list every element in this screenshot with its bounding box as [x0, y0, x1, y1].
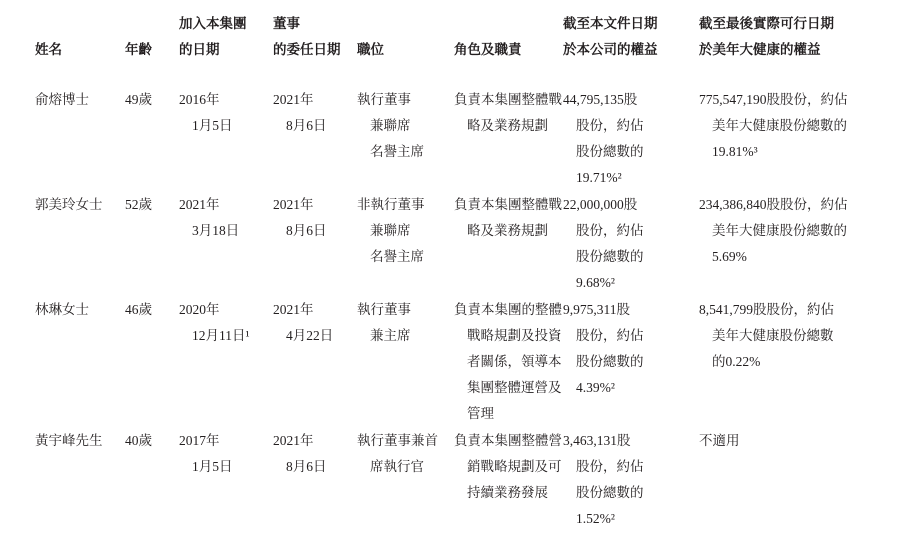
- document-page: 姓名年齡加入本集團的日期董事的委任日期職位角色及職責截至本文件日期於本公司的權益…: [0, 0, 900, 537]
- cell-line: 19.81%³: [699, 139, 880, 165]
- cell-interest_company: 22,000,000股股份，約佔股份總數的9.68%²: [563, 192, 699, 296]
- table-body: 俞熔博士49歲2016年1月5日2021年8月6日執行董事兼聯席名譽主席負責本集…: [35, 87, 900, 532]
- table-row: 郭美玲女士52歲2021年3月18日2021年8月6日非執行董事兼聯席名譽主席負…: [35, 192, 900, 296]
- cell-line: 負責本集團整體營: [454, 428, 563, 454]
- cell-line: 持續業務發展: [454, 480, 563, 506]
- cell-age: 52歲: [125, 192, 179, 218]
- cell-line: 8月6日: [273, 113, 357, 139]
- column-header-interest_company: 截至本文件日期於本公司的權益: [563, 11, 699, 63]
- cell-line: 9,975,311股: [563, 297, 699, 323]
- cell-line: 集團整體運營及: [454, 375, 563, 401]
- cell-appoint_date: 2021年8月6日: [273, 87, 357, 139]
- header-line: 年齡: [125, 37, 179, 63]
- cell-line: 49歲: [125, 87, 179, 113]
- cell-line: 股份，約佔: [563, 218, 699, 244]
- column-header-appoint_date: 董事的委任日期: [273, 11, 357, 63]
- cell-line: 12月11日¹: [179, 323, 273, 349]
- cell-line: 股份總數的: [563, 244, 699, 270]
- cell-interest_company: 44,795,135股股份，約佔股份總數的19.71%²: [563, 87, 699, 191]
- cell-line: 美年大健康股份總數的: [699, 218, 880, 244]
- cell-position: 非執行董事兼聯席名譽主席: [357, 192, 454, 270]
- cell-appoint_date: 2021年8月6日: [273, 192, 357, 244]
- cell-line: 775,547,190股股份，約佔: [699, 87, 880, 113]
- cell-line: 2021年: [273, 428, 357, 454]
- cell-line: 銷戰略規劃及可: [454, 454, 563, 480]
- cell-line: 1.52%²: [563, 506, 699, 532]
- cell-role: 負責本集團整體戰略及業務規劃: [454, 87, 563, 139]
- cell-appoint_date: 2021年4月22日: [273, 297, 357, 349]
- cell-position: 執行董事兼首席執行官: [357, 428, 454, 480]
- cell-line: 負責本集團整體戰: [454, 87, 563, 113]
- cell-line: 負責本集團的整體: [454, 297, 563, 323]
- cell-line: 名譽主席: [357, 139, 454, 165]
- cell-line: 席執行官: [357, 454, 454, 480]
- cell-line: 不適用: [699, 428, 880, 454]
- cell-line: 股份總數的: [563, 349, 699, 375]
- column-header-join_date: 加入本集團的日期: [179, 11, 273, 63]
- header-line: 的日期: [179, 37, 273, 63]
- cell-line: 略及業務規劃: [454, 113, 563, 139]
- cell-age: 40歲: [125, 428, 179, 454]
- cell-line: 股份，約佔: [563, 454, 699, 480]
- cell-line: 執行董事: [357, 297, 454, 323]
- header-line: 姓名: [35, 37, 125, 63]
- cell-name: 黃宇峰先生: [35, 428, 125, 454]
- column-header-role: 角色及職責: [454, 11, 563, 63]
- cell-line: 9.68%²: [563, 270, 699, 296]
- cell-name: 郭美玲女士: [35, 192, 125, 218]
- cell-line: 美年大健康股份總數: [699, 323, 880, 349]
- cell-line: 兼聯席: [357, 113, 454, 139]
- cell-line: 40歲: [125, 428, 179, 454]
- cell-line: 美年大健康股份總數的: [699, 113, 880, 139]
- cell-interest_meinian: 234,386,840股股份，約佔美年大健康股份總數的5.69%: [699, 192, 880, 270]
- header-line: 職位: [357, 37, 454, 63]
- cell-line: 戰略規劃及投資: [454, 323, 563, 349]
- cell-line: 2021年: [273, 192, 357, 218]
- cell-join_date: 2021年3月18日: [179, 192, 273, 244]
- cell-age: 46歲: [125, 297, 179, 323]
- cell-line: 2021年: [179, 192, 273, 218]
- cell-line: 俞熔博士: [35, 87, 125, 113]
- cell-position: 執行董事兼聯席名譽主席: [357, 87, 454, 165]
- cell-line: 8月6日: [273, 454, 357, 480]
- cell-line: 非執行董事: [357, 192, 454, 218]
- cell-interest_meinian: 不適用: [699, 428, 880, 454]
- cell-line: 3,463,131股: [563, 428, 699, 454]
- directors-table: 姓名年齡加入本集團的日期董事的委任日期職位角色及職責截至本文件日期於本公司的權益…: [0, 0, 900, 532]
- header-line: 截至最後實際可行日期: [699, 11, 880, 37]
- column-header-position: 職位: [357, 11, 454, 63]
- column-header-age: 年齡: [125, 11, 179, 63]
- cell-line: 執行董事: [357, 87, 454, 113]
- cell-line: 46歲: [125, 297, 179, 323]
- table-header-row: 姓名年齡加入本集團的日期董事的委任日期職位角色及職責截至本文件日期於本公司的權益…: [35, 11, 900, 63]
- cell-line: 郭美玲女士: [35, 192, 125, 218]
- cell-line: 2017年: [179, 428, 273, 454]
- cell-line: 林琳女士: [35, 297, 125, 323]
- cell-line: 管理: [454, 401, 563, 427]
- header-line: 於美年大健康的權益: [699, 37, 880, 63]
- cell-line: 略及業務規劃: [454, 218, 563, 244]
- header-line: 的委任日期: [273, 37, 357, 63]
- column-header-name: 姓名: [35, 11, 125, 63]
- table-row: 林琳女士46歲2020年12月11日¹2021年4月22日執行董事兼主席負責本集…: [35, 297, 900, 427]
- cell-line: 1月5日: [179, 454, 273, 480]
- cell-line: 22,000,000股: [563, 192, 699, 218]
- cell-line: 5.69%: [699, 244, 880, 270]
- header-line: 董事: [273, 11, 357, 37]
- cell-line: 234,386,840股股份，約佔: [699, 192, 880, 218]
- cell-line: 兼主席: [357, 323, 454, 349]
- cell-line: 名譽主席: [357, 244, 454, 270]
- cell-interest_meinian: 775,547,190股股份，約佔美年大健康股份總數的19.81%³: [699, 87, 880, 165]
- column-header-interest_meinian: 截至最後實際可行日期於美年大健康的權益: [699, 11, 880, 63]
- header-line: 角色及職責: [454, 37, 563, 63]
- cell-role: 負責本集團整體營銷戰略規劃及可持續業務發展: [454, 428, 563, 506]
- cell-interest_company: 3,463,131股股份，約佔股份總數的1.52%²: [563, 428, 699, 532]
- cell-line: 兼聯席: [357, 218, 454, 244]
- header-line: 加入本集團: [179, 11, 273, 37]
- cell-line: 執行董事兼首: [357, 428, 454, 454]
- cell-line: 2020年: [179, 297, 273, 323]
- cell-join_date: 2020年12月11日¹: [179, 297, 273, 349]
- cell-line: 者關係，領導本: [454, 349, 563, 375]
- cell-role: 負責本集團整體戰略及業務規劃: [454, 192, 563, 244]
- cell-line: 3月18日: [179, 218, 273, 244]
- cell-line: 2021年: [273, 297, 357, 323]
- cell-interest_meinian: 8,541,799股股份，約佔美年大健康股份總數的0.22%: [699, 297, 880, 375]
- cell-appoint_date: 2021年8月6日: [273, 428, 357, 480]
- cell-line: 44,795,135股: [563, 87, 699, 113]
- cell-line: 股份，約佔: [563, 323, 699, 349]
- cell-line: 黃宇峰先生: [35, 428, 125, 454]
- table-row: 俞熔博士49歲2016年1月5日2021年8月6日執行董事兼聯席名譽主席負責本集…: [35, 87, 900, 191]
- cell-line: 的0.22%: [699, 349, 880, 375]
- cell-line: 8月6日: [273, 218, 357, 244]
- cell-age: 49歲: [125, 87, 179, 113]
- cell-join_date: 2016年1月5日: [179, 87, 273, 139]
- cell-line: 股份，約佔: [563, 113, 699, 139]
- cell-line: 4月22日: [273, 323, 357, 349]
- cell-line: 股份總數的: [563, 480, 699, 506]
- cell-line: 負責本集團整體戰: [454, 192, 563, 218]
- cell-name: 林琳女士: [35, 297, 125, 323]
- cell-line: 2016年: [179, 87, 273, 113]
- cell-position: 執行董事兼主席: [357, 297, 454, 349]
- header-line: 截至本文件日期: [563, 11, 699, 37]
- cell-line: 52歲: [125, 192, 179, 218]
- cell-line: 4.39%²: [563, 375, 699, 401]
- cell-line: 2021年: [273, 87, 357, 113]
- cell-interest_company: 9,975,311股股份，約佔股份總數的4.39%²: [563, 297, 699, 401]
- cell-line: 1月5日: [179, 113, 273, 139]
- cell-line: 股份總數的: [563, 139, 699, 165]
- table-row: 黃宇峰先生40歲2017年1月5日2021年8月6日執行董事兼首席執行官負責本集…: [35, 428, 900, 532]
- header-line: 於本公司的權益: [563, 37, 699, 63]
- cell-role: 負責本集團的整體戰略規劃及投資者關係，領導本集團整體運營及管理: [454, 297, 563, 427]
- cell-line: 8,541,799股股份，約佔: [699, 297, 880, 323]
- cell-line: 19.71%²: [563, 165, 699, 191]
- cell-join_date: 2017年1月5日: [179, 428, 273, 480]
- cell-name: 俞熔博士: [35, 87, 125, 113]
